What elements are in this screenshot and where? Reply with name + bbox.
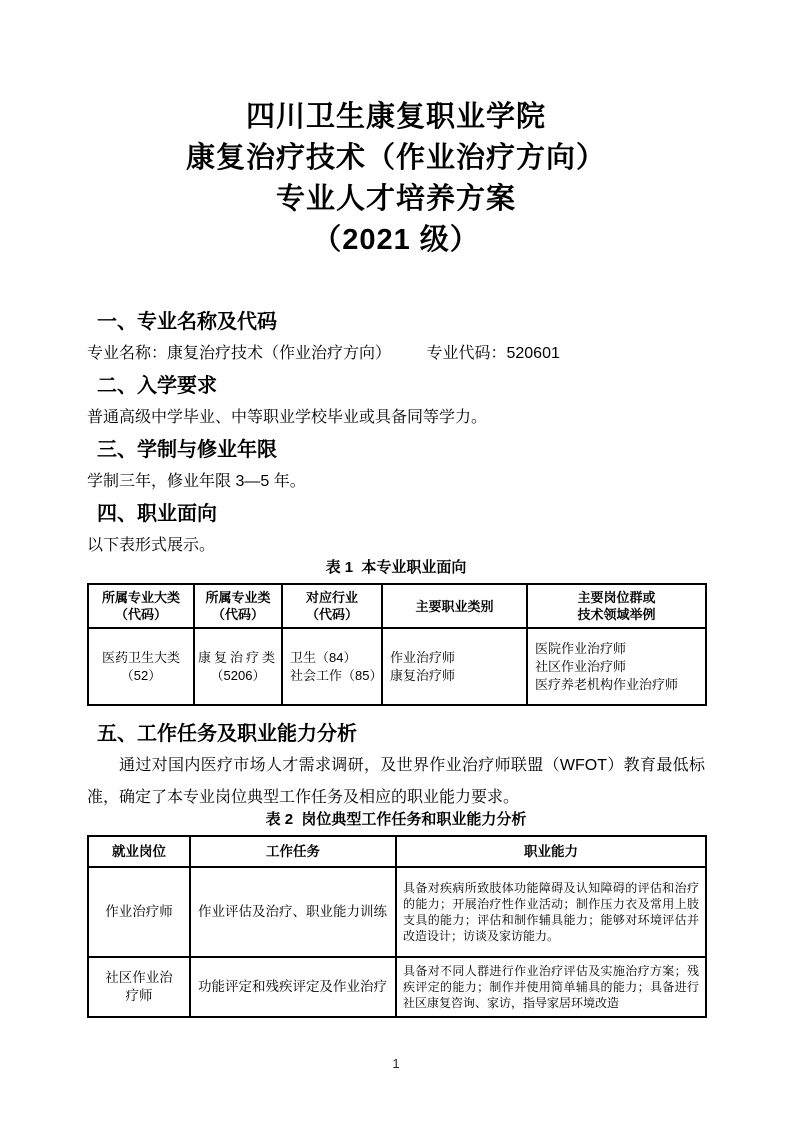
cell-ability: 具备对不同人群进行作业治疗评估及实施治疗方案；残疾评定的能力；制作并使用简单辅具… (396, 957, 706, 1017)
cell-line: （52） (92, 667, 190, 685)
section-3-heading: 三、学制与修业年限 (87, 434, 705, 466)
table-2-tasks-abilities: 就业岗位 工作任务 职业能力 作业治疗师 作业评估及治疗、职业能力训练 具备对疾… (87, 835, 707, 1018)
table-2-header-post: 就业岗位 (88, 836, 190, 867)
cell-line: 医院作业治疗师 (535, 640, 702, 658)
cell-line: 医药卫生大类 (92, 649, 190, 667)
page-number: 1 (87, 1056, 705, 1072)
section-1-heading: 一、专业名称及代码 (87, 306, 705, 338)
table-1-header-major-category: 所属专业大类 （代码） (88, 584, 194, 628)
cell-post: 作业治疗师 (88, 867, 190, 957)
cell-major-class: 康复治疗类 （5206） (194, 628, 282, 705)
table-2-header-task: 工作任务 (190, 836, 396, 867)
section-2-body: 普通高级中学毕业、中等职业学校毕业或具备同等学力。 (87, 402, 705, 434)
cell-industry: 卫生（84） 社会工作（85） (282, 628, 382, 705)
document-page: 四川卫生康复职业学院 康复治疗技术（作业治疗方向） 专业人才培养方案 （2021… (0, 0, 792, 1072)
table-1-header-occupation: 主要职业类别 (382, 584, 527, 628)
table-2-header-row: 就业岗位 工作任务 职业能力 (88, 836, 706, 867)
section-2-heading: 二、入学要求 (87, 370, 705, 402)
table-1-header-major-class: 所属专业类 （代码） (194, 584, 282, 628)
header-line: 所属专业类 (197, 589, 279, 606)
title-line-2: 康复治疗技术（作业治疗方向） (87, 138, 705, 179)
cell-post-examples: 医院作业治疗师 社区作业治疗师 医疗养老机构作业治疗师 (527, 628, 706, 705)
table-2-row-community-therapist: 社区作业治疗师 功能评定和残疾评定及作业治疗 具备对不同人群进行作业治疗评估及实… (88, 957, 706, 1017)
section-4-heading: 四、职业面向 (87, 498, 705, 530)
section-5-body: 通过对国内医疗市场人才需求调研，及世界作业治疗师联盟（WFOT）教育最低标准，确… (87, 750, 705, 814)
table-1-header-post-examples: 主要岗位群或 技术领域举例 (527, 584, 706, 628)
cell-major-category: 医药卫生大类 （52） (88, 628, 194, 705)
cell-line: 社会工作（85） (290, 667, 378, 685)
header-line: 主要岗位群或 (530, 589, 703, 606)
cell-line: 康复治疗类 (198, 649, 278, 667)
cell-line: 康复治疗师 (390, 667, 523, 685)
cell-occupation: 作业治疗师 康复治疗师 (382, 628, 527, 705)
header-line: 所属专业大类 (91, 589, 191, 606)
header-line: （代码） (285, 606, 379, 623)
table-1-data-row: 医药卫生大类 （52） 康复治疗类 （5206） 卫生（84） 社会工作（85）… (88, 628, 706, 705)
cell-task: 作业评估及治疗、职业能力训练 (190, 867, 396, 957)
table-1-career-orientation: 所属专业大类 （代码） 所属专业类 （代码） 对应行业 （代码） 主要职业类别 … (87, 583, 707, 706)
title-line-1: 四川卫生康复职业学院 (87, 97, 705, 138)
title-line-3: 专业人才培养方案 (87, 179, 705, 220)
header-line: 主要职业类别 (385, 598, 524, 615)
cell-line: 医疗养老机构作业治疗师 (535, 676, 702, 694)
title-line-4: （2021 级） (87, 220, 705, 261)
section-5-heading: 五、工作任务及职业能力分析 (87, 718, 705, 750)
section-3-body: 学制三年，修业年限 3—5 年。 (87, 466, 705, 498)
cell-line: 作业治疗师 (390, 649, 523, 667)
major-code-text: 专业代码：520601 (426, 345, 559, 362)
cell-line: 社区作业治疗师 (535, 658, 702, 676)
cell-ability: 具备对疾病所致肢体功能障碍及认知障碍的评估和治疗的能力；开展治疗性作业活动；制作… (396, 867, 706, 957)
cell-line: 卫生（84） (290, 649, 378, 667)
table-2-header-ability: 职业能力 (396, 836, 706, 867)
table-2-row-occupational-therapist: 作业治疗师 作业评估及治疗、职业能力训练 具备对疾病所致肢体功能障碍及认知障碍的… (88, 867, 706, 957)
header-line: 技术领域举例 (530, 606, 703, 623)
table-1-header-industry: 对应行业 （代码） (282, 584, 382, 628)
cell-line: （5206） (198, 667, 278, 685)
header-line: （代码） (91, 606, 191, 623)
document-title: 四川卫生康复职业学院 康复治疗技术（作业治疗方向） 专业人才培养方案 （2021… (87, 97, 705, 261)
major-name-text: 专业名称：康复治疗技术（作业治疗方向） (87, 345, 391, 362)
header-line: （代码） (197, 606, 279, 623)
table-1-header-row: 所属专业大类 （代码） 所属专业类 （代码） 对应行业 （代码） 主要职业类别 … (88, 584, 706, 628)
cell-post: 社区作业治疗师 (88, 957, 190, 1017)
section-1-body: 专业名称：康复治疗技术（作业治疗方向） 专业代码：520601 (87, 338, 705, 370)
header-line: 对应行业 (285, 589, 379, 606)
cell-task: 功能评定和残疾评定及作业治疗 (190, 957, 396, 1017)
